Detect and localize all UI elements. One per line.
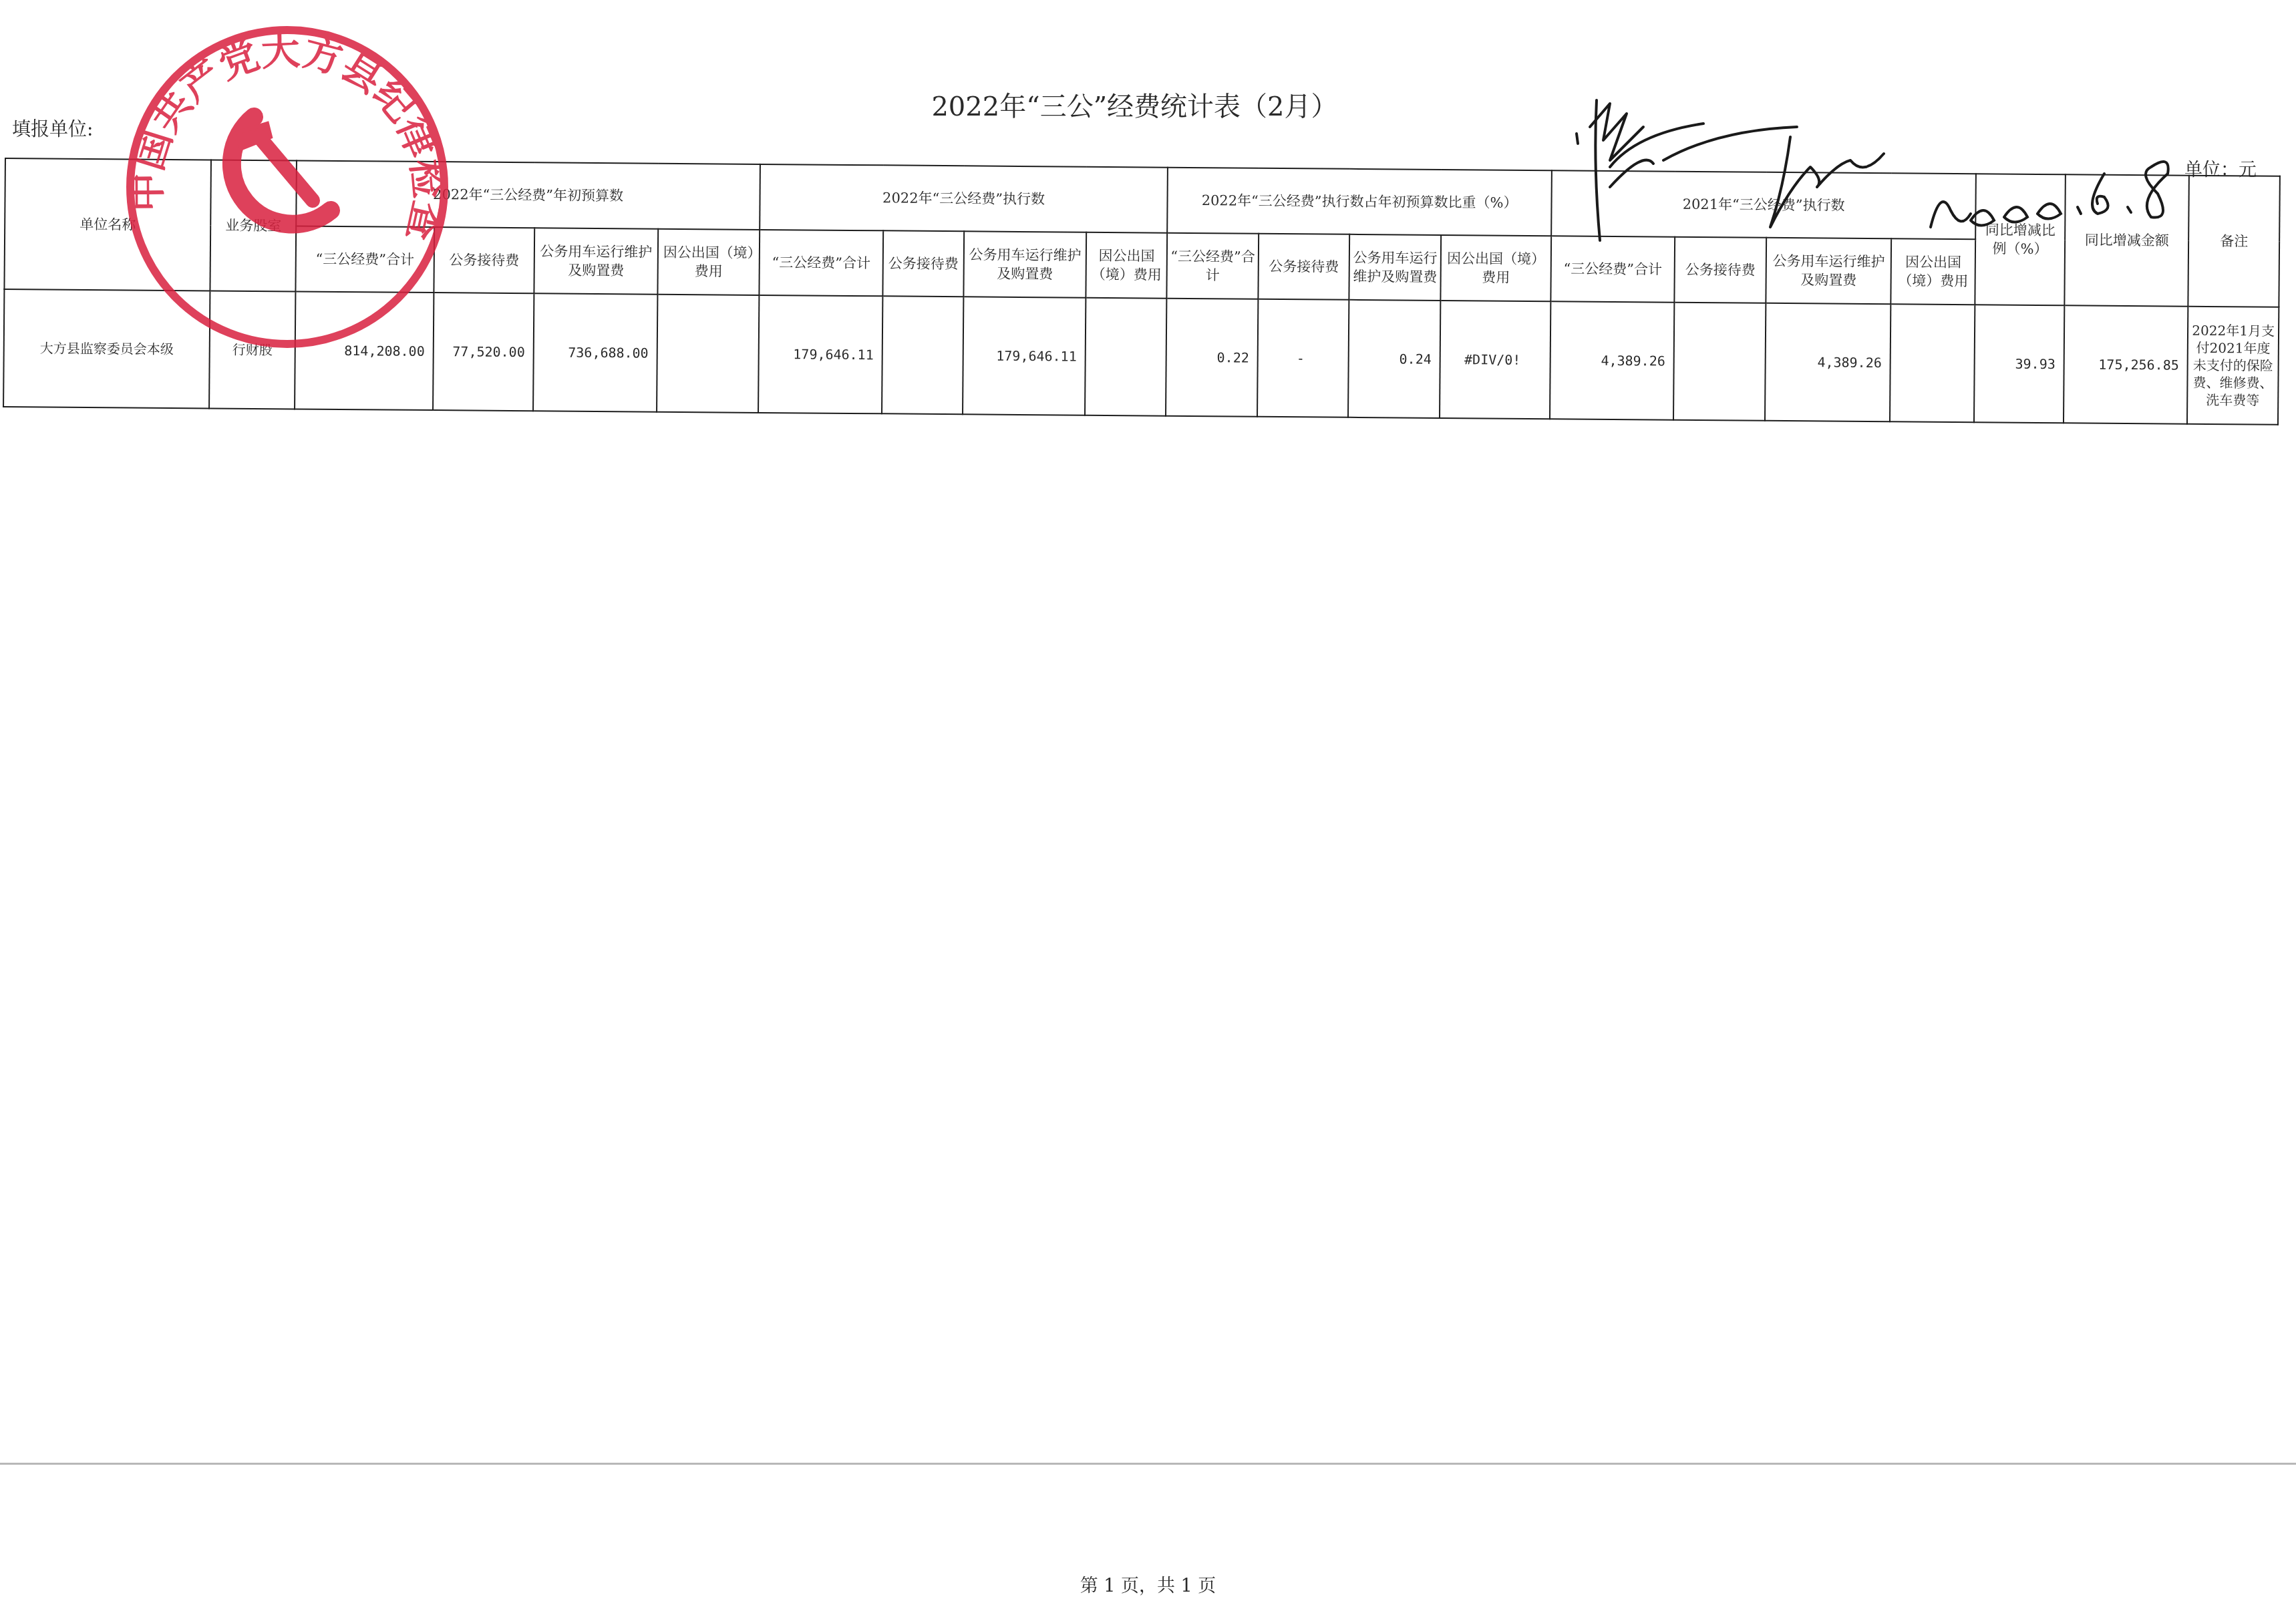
header-department: 业务股室 (210, 160, 297, 291)
header-ratio-abroad: 因公出国（境）费用 (1440, 235, 1551, 301)
cell-ratio-reception: - (1257, 299, 1349, 417)
cell-budget-abroad (657, 295, 759, 413)
cell-budget-total: 814,208.00 (295, 291, 434, 410)
page-title-text: 2022年“三公”经费统计表（2月） (931, 85, 1337, 124)
header-ratio-reception: 公务接待费 (1258, 234, 1349, 300)
cell-ratio-vehicle: 0.24 (1348, 300, 1440, 418)
cell-ratio-total: 0.22 (1166, 299, 1258, 417)
header-group-budget-2022: 2022年“三公经费”年初预算数 (296, 160, 760, 229)
header-remark: 备注 (2188, 176, 2280, 307)
cell-remark: 2022年1月支付2021年度未支付的保险费、维修费、洗车费等 (2187, 307, 2279, 425)
cell-yoy-ratio: 39.93 (1974, 305, 2064, 423)
page-number: 第 1 页，共 1 页 (0, 1571, 2296, 1597)
cell-budget-vehicle: 736,688.00 (533, 293, 657, 411)
header-exec2022-abroad: 因公出国（境）费用 (1086, 232, 1167, 299)
header-yoy-amount: 同比增减金额 (2064, 174, 2189, 306)
cell-exec2022-total: 179,646.11 (758, 295, 882, 413)
header-exec2021-reception: 公务接待费 (1674, 237, 1766, 303)
header-yoy-ratio: 同比增减比例（%） (1975, 174, 2066, 305)
cell-exec2022-reception (882, 296, 963, 414)
expense-table: 单位名称 业务股室 2022年“三公经费”年初预算数 2022年“三公经费”执行… (3, 158, 2281, 425)
cell-exec2021-abroad (1890, 304, 1975, 422)
cell-exec2021-total: 4,389.26 (1550, 301, 1674, 419)
cell-exec2021-reception (1673, 303, 1766, 421)
cell-exec2022-vehicle: 179,646.11 (963, 297, 1086, 415)
header-exec2021-vehicle: 公务用车运行维护及购置费 (1766, 238, 1891, 304)
cell-unit-name: 大方县监察委员会本级 (3, 289, 210, 408)
header-ratio-total: “三公经费”合计 (1166, 233, 1259, 299)
header-exec2022-reception: 公务接待费 (882, 230, 964, 297)
header-exec2021-total: “三公经费”合计 (1550, 236, 1675, 302)
cell-ratio-abroad: #DIV/0! (1440, 301, 1550, 419)
header-group-exec-2022: 2022年“三公经费”执行数 (760, 164, 1168, 233)
cell-exec2021-vehicle: 4,389.26 (1765, 303, 1891, 421)
cell-budget-reception: 77,520.00 (433, 293, 534, 411)
cell-department: 行财股 (209, 291, 295, 409)
header-ratio-vehicle: 公务用车运行维护及购置费 (1349, 234, 1441, 301)
header-group-exec-2021: 2021年“三公经费”执行数 (1551, 170, 1976, 239)
header-budget-vehicle: 公务用车运行维护及购置费 (534, 228, 658, 294)
table-row: 大方县监察委员会本级 行财股 814,208.00 77,520.00 736,… (3, 289, 2279, 425)
cell-exec2022-abroad (1085, 298, 1166, 416)
footer-divider (0, 1463, 2296, 1465)
header-unit-name: 单位名称 (4, 158, 211, 291)
page-title: 2022年“三公”经费统计表（2月） (0, 85, 2296, 124)
header-exec2022-total: “三公经费”合计 (759, 230, 883, 296)
header-exec2021-abroad: 因公出国（境）费用 (1891, 238, 1975, 305)
header-group-ratio-2022: 2022年“三公经费”执行数占年初预算数比重（%） (1167, 168, 1552, 236)
header-exec2022-vehicle: 公务用车运行维护及购置费 (963, 231, 1086, 297)
header-budget-reception: 公务接待费 (434, 227, 534, 293)
header-budget-total: “三公经费”合计 (295, 226, 434, 293)
cell-yoy-amount: 175,256.85 (2064, 305, 2188, 423)
header-budget-abroad: 因公出国（境）费用 (657, 229, 760, 295)
